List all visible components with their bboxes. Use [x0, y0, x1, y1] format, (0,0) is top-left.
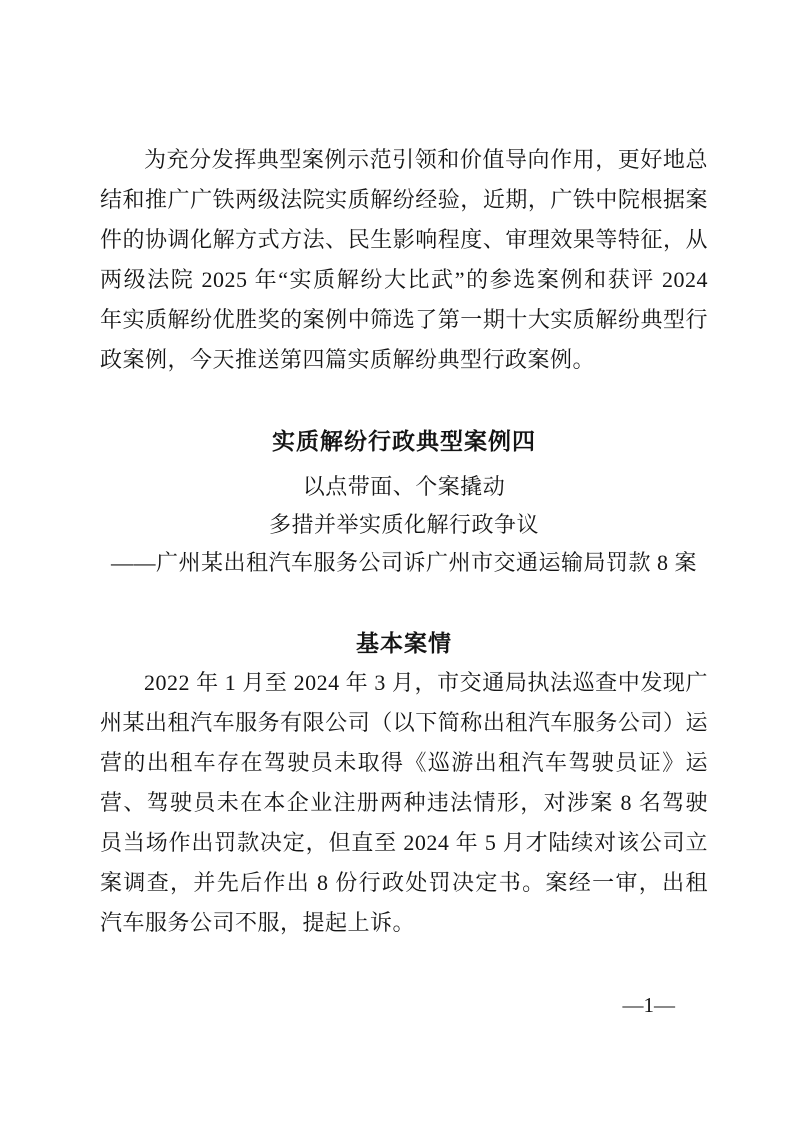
section-heading-basic-facts: 基本案情 — [100, 628, 708, 658]
document-content: 为充分发挥典型案例示范引领和价值导向作用，更好地总结和推广广铁两级法院实质解纷经… — [100, 0, 708, 943]
case-title: 实质解纷行政典型案例四 — [100, 426, 708, 456]
document-page: 为充分发挥典型案例示范引领和价值导向作用，更好地总结和推广广铁两级法院实质解纷经… — [0, 0, 793, 1122]
case-subtitle-line-1: 以点带面、个案撬动 — [100, 472, 708, 502]
intro-paragraph: 为充分发挥典型案例示范引领和价值导向作用，更好地总结和推广广铁两级法院实质解纷经… — [100, 140, 708, 380]
case-facts-paragraph: 2022 年 1 月至 2024 年 3 月，市交通局执法巡查中发现广州某出租汽… — [100, 663, 708, 943]
case-subtitle-line-3: ——广州某出租汽车服务公司诉广州市交通运输局罚款 8 案 — [100, 548, 708, 578]
case-subtitle-line-2: 多措并举实质化解行政争议 — [100, 510, 708, 540]
page-number: —1— — [0, 993, 793, 1017]
